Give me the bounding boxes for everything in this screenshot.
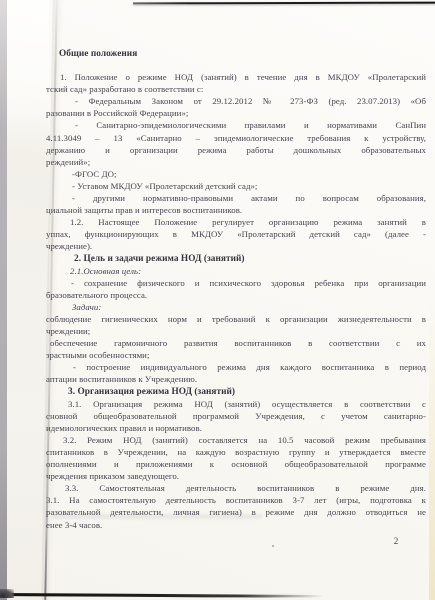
text-line: енее 3-4 часов. bbox=[46, 519, 426, 531]
page-number: 2 bbox=[389, 537, 403, 547]
text-line: реждений»; bbox=[46, 156, 426, 168]
scanned-document-page: Общие положения1. Положение о режиме НОД… bbox=[0, 0, 435, 600]
text-line: сновной общеобразовательной программой У… bbox=[46, 410, 426, 422]
text-line: аптации воспитанников к Учреждению. bbox=[46, 373, 426, 385]
text-line: зрастными особенностями; bbox=[46, 349, 426, 361]
text-line: - сохранение физического и психического … bbox=[46, 277, 426, 289]
text-line: 3.1. На самостоятельную деятельность вос… bbox=[46, 494, 426, 506]
text-line: уппах, функционирующих в МКДОУ «Пролетар… bbox=[46, 228, 426, 240]
text-line: чреждении; bbox=[46, 325, 426, 337]
text-line: бразовательного процесса. bbox=[46, 289, 426, 301]
text-line: идемиологических правил и нормативов. bbox=[46, 422, 426, 434]
text-line: циальной защиты прав и интересов воспита… bbox=[46, 204, 426, 216]
text-line: 2.1.Основная цель: bbox=[46, 265, 426, 277]
text-line: спитанников в Учреждении, на каждую возр… bbox=[46, 446, 426, 458]
text-line: 3.2. Режим НОД (занятий) составляется на… bbox=[46, 434, 426, 446]
text-line: соблюдение гигиенических норм и требован… bbox=[46, 313, 426, 325]
text-line: разовании в Российской Федерации»; bbox=[46, 107, 426, 119]
text-line: - построение индивидуального режима дня … bbox=[46, 361, 426, 373]
text-line: 3. Организация режима НОД (занятий) bbox=[46, 386, 426, 398]
scan-top-edge-line bbox=[133, 2, 435, 5]
dust-speck bbox=[272, 545, 274, 547]
text-line: 1.2. Настоящее Положение регулирует орга… bbox=[46, 216, 426, 228]
text-line: 3.3. Самостоятельная деятельность воспит… bbox=[46, 482, 426, 494]
paper-right-edge-tint bbox=[429, 300, 435, 600]
text-line: - Уставом МКДОУ «Пролетарский детский са… bbox=[46, 180, 426, 192]
text-line: Задачи: bbox=[46, 301, 426, 313]
text-line: - Федеральным Законом от 29.12.2012 № 27… bbox=[46, 95, 426, 107]
text-line: чреждение). bbox=[46, 240, 426, 252]
text-line: 4.11.3049 – 13 «Санитарно – эпидемиологи… bbox=[46, 132, 426, 144]
text-line: -ФГОС ДО; bbox=[46, 168, 426, 180]
text-line: 2. Цель и задачи режима НОД (занятий) bbox=[46, 253, 426, 265]
scanner-bed-edge bbox=[0, 0, 7, 600]
text-line: 1. Положение о режиме НОД (занятий) в те… bbox=[46, 71, 426, 83]
document-heading: Общие положения bbox=[46, 48, 426, 60]
text-line: 3.1. Организация режима НОД (занятий) ос… bbox=[46, 398, 426, 410]
text-line: обеспечение гармоничного развития воспит… bbox=[46, 337, 426, 349]
text-line: тский сад» разработано в соответствии с: bbox=[46, 83, 426, 95]
text-line: - другими нормативно-правовыми актами по… bbox=[46, 192, 426, 204]
scan-bottom-corner-mark bbox=[0, 589, 14, 598]
text-line: ополнениями и приложениями к основной об… bbox=[46, 458, 426, 470]
text-line: держанию и организации режима работы дош… bbox=[46, 144, 426, 156]
document-text-body: Общие положения1. Положение о режиме НОД… bbox=[46, 48, 426, 531]
text-line: чреждения приказом заведующего. bbox=[46, 470, 426, 482]
text-line: - Санитарно-эпидемиологическими правилам… bbox=[46, 119, 426, 131]
text-line: разовательной деятельности, личная гигие… bbox=[46, 506, 426, 518]
